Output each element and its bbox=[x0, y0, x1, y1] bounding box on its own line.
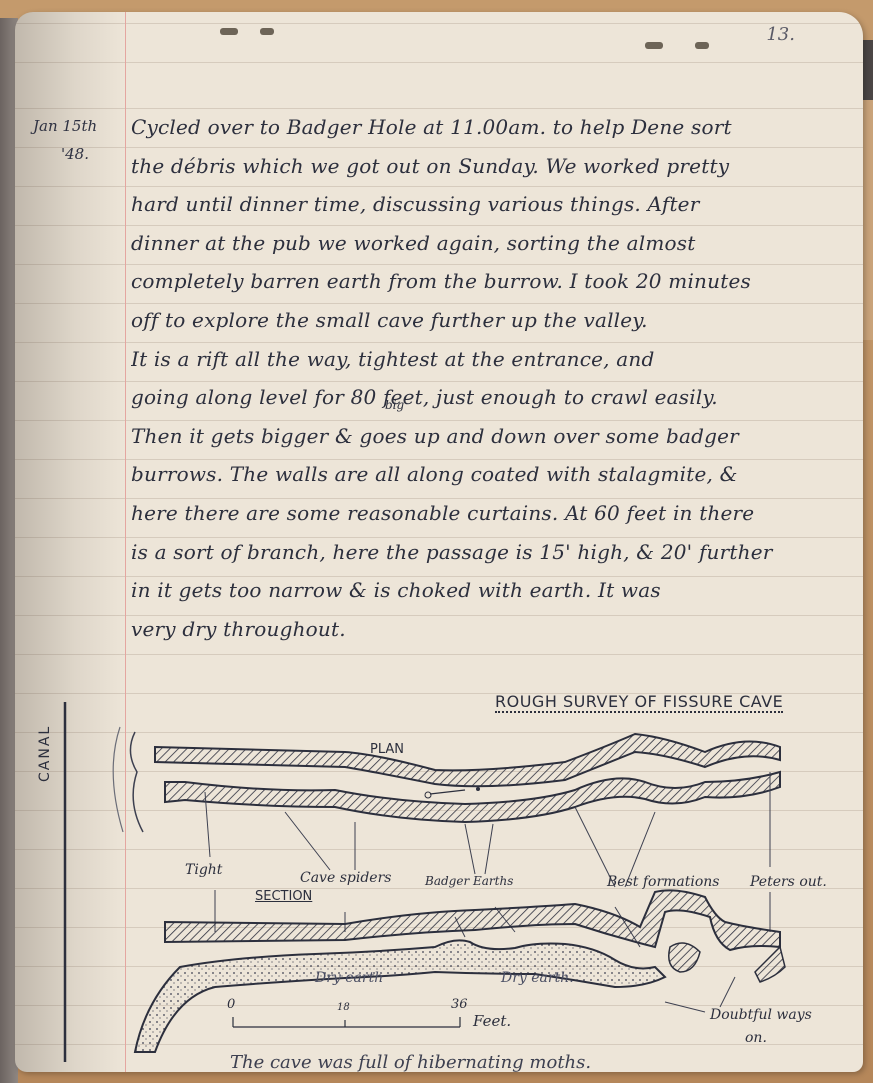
plan-marker bbox=[476, 787, 480, 791]
doubtful-arrow bbox=[665, 1002, 705, 1012]
annotation-doubtful-ways-on: on. bbox=[745, 1030, 767, 1046]
cave-survey-drawing bbox=[15, 12, 863, 1072]
annotation-badger-earths: Badger Earths bbox=[425, 874, 513, 888]
plan-upper-wall bbox=[155, 734, 780, 786]
section-label: SECTION bbox=[255, 889, 312, 904]
plan-marker bbox=[430, 790, 465, 794]
scale-tick-0: 0 bbox=[227, 997, 235, 1012]
plan-label: PLAN bbox=[370, 742, 404, 757]
notebook-page: 13. Jan 15th '48. Cycled over to Badger … bbox=[15, 12, 863, 1072]
annotation-doubtful-ways: Doubtful ways bbox=[710, 1007, 812, 1023]
scale-unit: Feet. bbox=[473, 1012, 511, 1030]
plan-marker bbox=[425, 792, 431, 798]
section-end-wall bbox=[755, 947, 785, 982]
canal-sketch-line bbox=[113, 727, 123, 832]
scale-tick-18: 18 bbox=[337, 1002, 350, 1013]
section-floor bbox=[135, 940, 665, 1052]
annotation-peters-out: Peters out. bbox=[750, 874, 827, 890]
annotation-best-formations: Best formations bbox=[607, 874, 720, 890]
footer-note: The cave was full of hibernating moths. bbox=[230, 1052, 591, 1073]
annotation-tight: Tight bbox=[185, 862, 222, 878]
annotation-cave-spiders: Cave spiders bbox=[300, 870, 391, 886]
annotation-dry-earth-2: Dry earth. bbox=[501, 970, 574, 986]
annotation-dry-earth-1: Dry earth bbox=[315, 970, 383, 986]
canal-label: CANAL bbox=[37, 725, 53, 782]
doubtful-arrow bbox=[720, 977, 735, 1007]
scale-bar bbox=[233, 1017, 460, 1027]
section-boulder bbox=[669, 943, 700, 972]
canal-sketch-line bbox=[130, 732, 143, 832]
scale-tick-36: 36 bbox=[451, 997, 468, 1012]
